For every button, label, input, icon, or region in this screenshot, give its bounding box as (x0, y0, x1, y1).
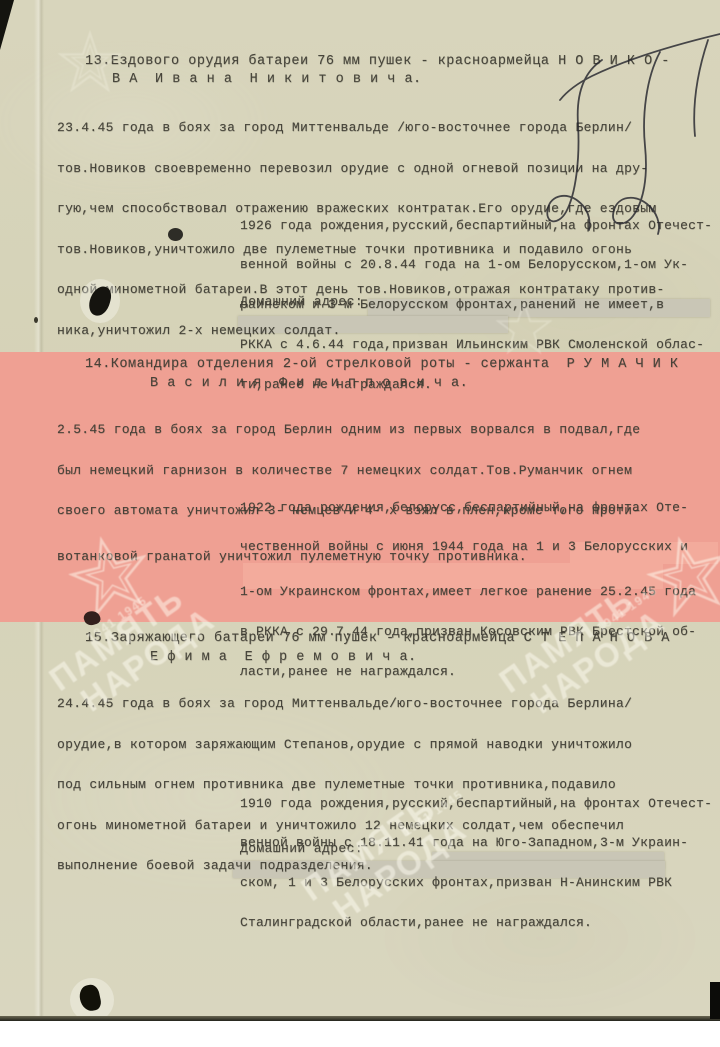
section-15-title-line2: Е ф и м а Е ф р е м о в и ч а. (150, 650, 417, 665)
section-14-title-line1: 14.Командира отделения 2-ой стрелковой р… (85, 357, 679, 372)
section-15-title-line1: 15.Заряжающего батареи 76 мм пушек - кра… (85, 631, 670, 646)
scan-edge (710, 982, 720, 1019)
section-13-title-line2: В А И в а н а Н и к и т о в и ч а. (112, 72, 422, 87)
typewritten-line: чественной войны с июня 1944 года на 1 и… (240, 540, 696, 553)
section-14-title-line2: В а с и л и я Ф и л и п п о в и ч а. (150, 376, 468, 391)
ink-blot (168, 228, 183, 241)
section-13-address-label: Домашний адрес: (240, 294, 363, 309)
typewritten-line: 1922 года рождения,белорусс,беспартийный… (240, 501, 696, 514)
scanned-award-document-page: 13.Ездового орудия батареи 76 мм пушек -… (0, 0, 720, 1047)
speck (34, 317, 38, 323)
typewritten-line: венной войны с 20.8.44 года на 1-ом Бело… (240, 258, 712, 271)
typewritten-line: ском, 1 и 3 Белорусских фронтах,призван … (240, 876, 712, 889)
section-15-address-label: Домашний адрес: (240, 841, 363, 856)
typewritten-line: РККА с 4.6.44 года,призван Ильинским РВК… (240, 338, 712, 351)
section-15-bio: 1910 года рождения,русский,беспартийный,… (240, 770, 712, 956)
typewritten-line: 1-ом Украинском фронтах,имеет легкое ран… (240, 585, 696, 598)
typewritten-line: 24.4.45 года в боях за город Миттенвальд… (57, 697, 632, 711)
typewritten-line: 1910 года рождения,русский,беспартийный,… (240, 797, 712, 810)
handwritten-mark-155 (540, 18, 720, 250)
scan-edge (0, 1016, 720, 1021)
typewritten-line: 2.5.45 года в боях за город Берлин одним… (57, 423, 640, 437)
typewritten-line: орудие,в котором заряжающим Степанов,ору… (57, 738, 632, 752)
typewritten-line: Сталинградской области,ранее не награжда… (240, 916, 712, 929)
